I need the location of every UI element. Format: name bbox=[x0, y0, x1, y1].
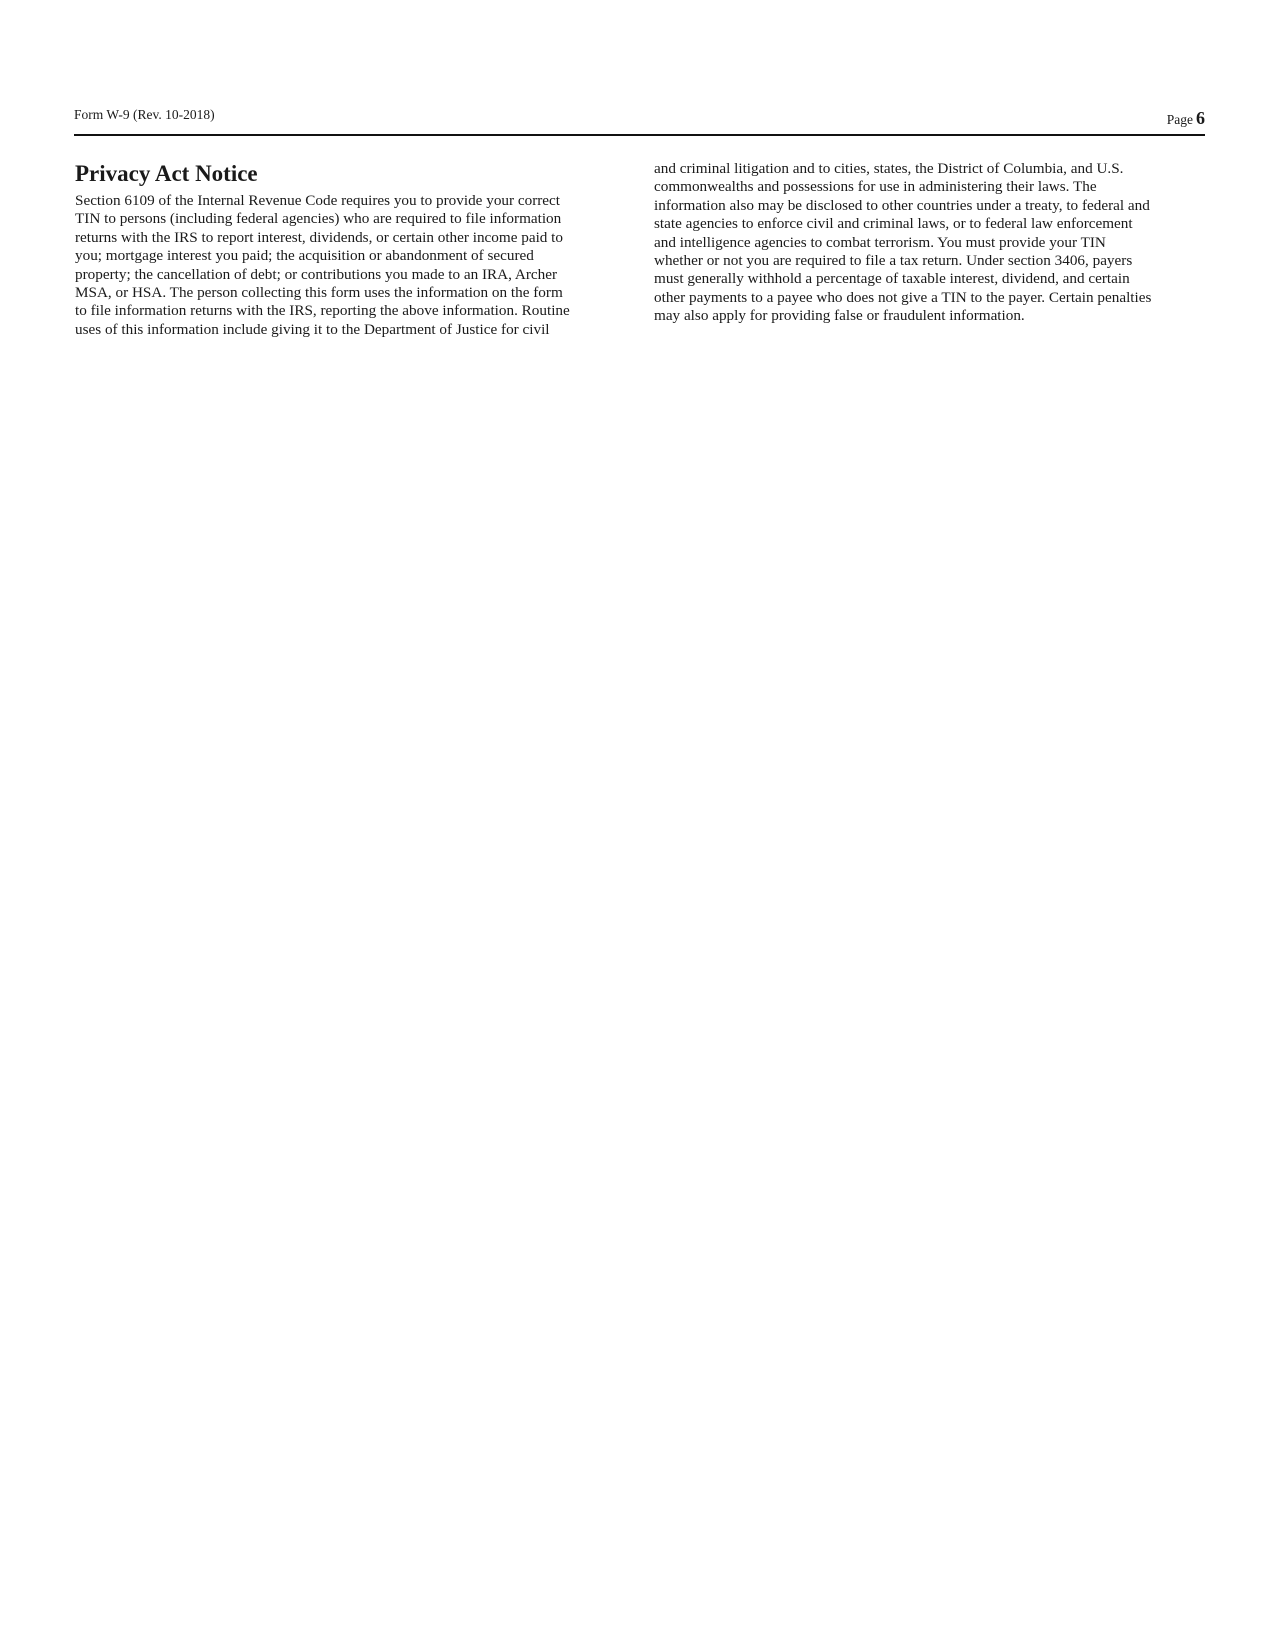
text-line: state agencies to enforce civil and crim… bbox=[654, 215, 1209, 233]
page-label: Page bbox=[1167, 112, 1193, 127]
text-line: commonwealths and possessions for use in… bbox=[654, 178, 1209, 196]
page-number: 6 bbox=[1196, 108, 1205, 128]
left-column: Privacy Act Notice Section 6109 of the I… bbox=[75, 160, 625, 339]
text-line: property; the cancellation of debt; or c… bbox=[75, 266, 625, 284]
text-line: to file information returns with the IRS… bbox=[75, 302, 625, 320]
text-line: information also may be disclosed to oth… bbox=[654, 197, 1209, 215]
text-line: returns with the IRS to report interest,… bbox=[75, 229, 625, 247]
page-header: Form W-9 (Rev. 10-2018) Page6 bbox=[74, 100, 1205, 136]
privacy-notice-paragraph-part-1: Section 6109 of the Internal Revenue Cod… bbox=[75, 192, 625, 339]
text-line: whether or not you are required to file … bbox=[654, 252, 1209, 270]
text-line: MSA, or HSA. The person collecting this … bbox=[75, 284, 625, 302]
text-line: may also apply for providing false or fr… bbox=[654, 307, 1209, 325]
text-line: other payments to a payee who does not g… bbox=[654, 289, 1209, 307]
right-column: and criminal litigation and to cities, s… bbox=[654, 160, 1209, 326]
text-line: and criminal litigation and to cities, s… bbox=[654, 160, 1209, 178]
privacy-notice-paragraph-part-2: and criminal litigation and to cities, s… bbox=[654, 160, 1209, 326]
form-identifier: Form W-9 (Rev. 10-2018) bbox=[74, 107, 215, 123]
text-line: you; mortgage interest you paid; the acq… bbox=[75, 247, 625, 265]
text-line: TIN to persons (including federal agenci… bbox=[75, 210, 625, 228]
text-line: Section 6109 of the Internal Revenue Cod… bbox=[75, 192, 625, 210]
text-line: and intelligence agencies to combat terr… bbox=[654, 234, 1209, 252]
text-line: uses of this information include giving … bbox=[75, 321, 625, 339]
text-line: must generally withhold a percentage of … bbox=[654, 270, 1209, 288]
page-number-label: Page6 bbox=[1167, 108, 1205, 129]
section-title: Privacy Act Notice bbox=[75, 160, 625, 188]
